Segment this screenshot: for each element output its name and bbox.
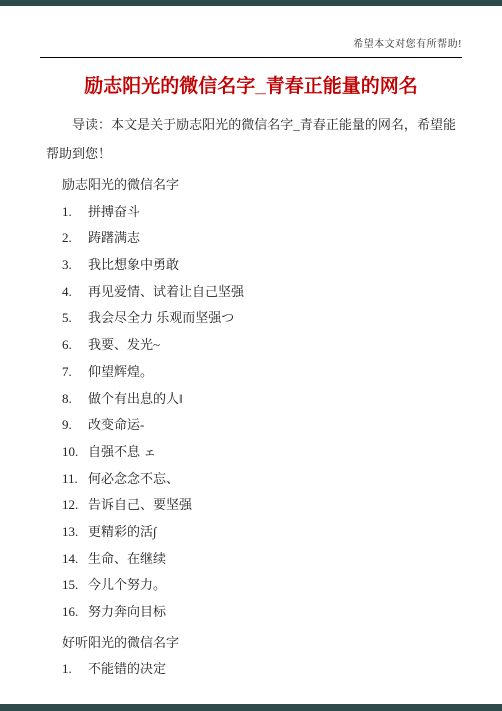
list-item-number: 15. xyxy=(62,572,88,599)
list-item-text: 今儿个努力。 xyxy=(88,572,462,599)
list-item: 4.再见爱情、试着让自己坚强 xyxy=(62,279,462,306)
list-item: 14.生命、在继续 xyxy=(62,546,462,573)
list-item-text: 仰望辉煌。 xyxy=(88,359,462,386)
page-title: 励志阳光的微信名字_青春正能量的网名 xyxy=(40,74,462,100)
list-item-text: 改变命运- xyxy=(88,412,462,439)
list-item: 11.何必念念不忘、 xyxy=(62,466,462,493)
list-item: 1.不能错的决定 xyxy=(62,656,462,683)
list-item-number: 5. xyxy=(62,305,88,332)
list-item: 12.告诉自己、要坚强 xyxy=(62,492,462,519)
list-item: 3.我比想象中勇敢 xyxy=(62,252,462,279)
list-item-text: 告诉自己、要坚强 xyxy=(88,492,462,519)
section-heading-2: 好听阳光的微信名字 xyxy=(62,630,462,657)
bottom-edge-bar xyxy=(0,704,502,711)
name-list-1: 1.拼搏奋斗 2.踌躇满志 3.我比想象中勇敢 4.再见爱情、试着让自己坚强 5… xyxy=(62,199,462,626)
list-item-text: 何必念念不忘、 xyxy=(88,466,462,493)
list-item-number: 9. xyxy=(62,412,88,439)
list-item: 15.今儿个努力。 xyxy=(62,572,462,599)
list-item-text: 我比想象中勇敢 xyxy=(88,252,462,279)
list-item-text: 生命、在继续 xyxy=(88,546,462,573)
list-item: 2.踌躇满志 xyxy=(62,225,462,252)
list-item-text: 我会尽全力 乐观而坚强つ xyxy=(88,305,462,332)
list-item-number: 11. xyxy=(62,466,88,493)
list-item: 8.做个有出息的人‖ xyxy=(62,386,462,413)
list-item: 13.更精彩的活∫ xyxy=(62,519,462,546)
list-item-number: 14. xyxy=(62,546,88,573)
list-item-number: 13. xyxy=(62,519,88,546)
list-item: 10.自强不息 ェ xyxy=(62,439,462,466)
list-item-text: 踌躇满志 xyxy=(88,225,462,252)
list-item: 1.拼搏奋斗 xyxy=(62,199,462,226)
list-item-text: 自强不息 ェ xyxy=(88,439,462,466)
page-content: 希望本文对您有所帮助! 励志阳光的微信名字_青春正能量的网名 导读：本文是关于励… xyxy=(0,0,502,683)
list-item: 9.改变命运- xyxy=(62,412,462,439)
header-rule xyxy=(40,57,462,58)
list-item-number: 3. xyxy=(62,252,88,279)
list-item-text: 不能错的决定 xyxy=(88,656,462,683)
list-item: 7.仰望辉煌。 xyxy=(62,359,462,386)
list-item-text: 努力奔向目标 xyxy=(88,599,462,626)
list-item: 16.努力奔向目标 xyxy=(62,599,462,626)
list-item-text: 更精彩的活∫ xyxy=(88,519,462,546)
intro-paragraph: 导读：本文是关于励志阳光的微信名字_青春正能量的网名，希望能帮助到您！ xyxy=(46,110,456,168)
list-item-number: 8. xyxy=(62,386,88,413)
list-item-text: 拼搏奋斗 xyxy=(88,199,462,226)
header-note: 希望本文对您有所帮助! xyxy=(40,0,462,52)
list-item: 6.我要、发光~ xyxy=(62,332,462,359)
list-item-number: 2. xyxy=(62,225,88,252)
list-item-number: 10. xyxy=(62,439,88,466)
list-item-number: 4. xyxy=(62,279,88,306)
list-item-text: 再见爱情、试着让自己坚强 xyxy=(88,279,462,306)
list-item-number: 6. xyxy=(62,332,88,359)
list-item-number: 12. xyxy=(62,492,88,519)
list-item: 5.我会尽全力 乐观而坚强つ xyxy=(62,305,462,332)
list-item-text: 做个有出息的人‖ xyxy=(88,386,462,413)
list-item-number: 1. xyxy=(62,199,88,226)
list-item-number: 7. xyxy=(62,359,88,386)
list-item-number: 16. xyxy=(62,599,88,626)
list-item-text: 我要、发光~ xyxy=(88,332,462,359)
document-page: 希望本文对您有所帮助! 励志阳光的微信名字_青春正能量的网名 导读：本文是关于励… xyxy=(0,0,502,711)
list-item-number: 1. xyxy=(62,656,88,683)
top-edge-bar xyxy=(0,0,502,6)
section-heading-1: 励志阳光的微信名字 xyxy=(62,172,462,199)
name-list-2: 1.不能错的决定 xyxy=(62,656,462,683)
